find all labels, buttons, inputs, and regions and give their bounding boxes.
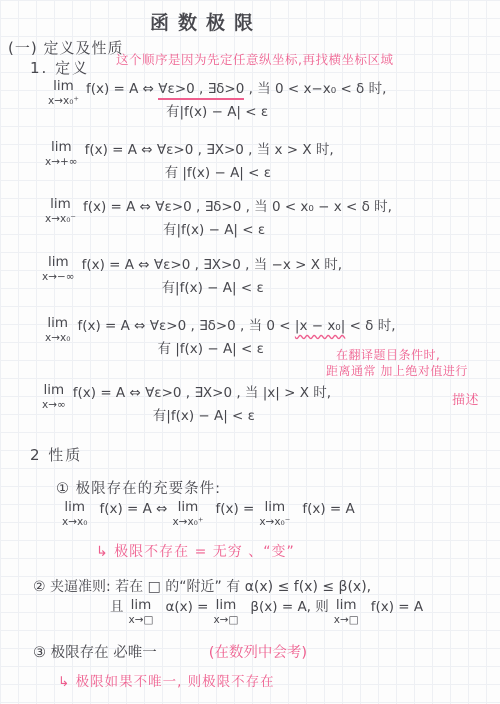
def-post: , 当 0 < x−x₀ < δ 时,: [244, 81, 386, 97]
lim-subscript: x→+∞: [45, 157, 78, 168]
definition-text: f(x) = A ⇔ ∀ε>0 , ∃X>0 , 当 |x| > X 时, 有|…: [73, 384, 331, 426]
lim-subscript: x→−∞: [42, 272, 75, 283]
lim-subscript: x→x₀⁺: [172, 517, 203, 528]
limit-notation: lim x→□: [334, 599, 359, 625]
property-2-equation: 且 lim x→□ α(x) = lim x→□ β(x) = A, 则 lim…: [110, 599, 423, 625]
lim-word: lim: [53, 80, 74, 94]
property-1-label: ① 极限存在的充要条件:: [56, 477, 221, 498]
eq-term-1: α(x) =: [165, 599, 208, 615]
lim-subscript: x→x₀⁻: [45, 214, 76, 225]
def-pre: f(x) = A ⇔ ∀ε>0 , ∃δ>0 , 当 0 <: [77, 318, 294, 334]
limit-notation: lim x→∞: [42, 384, 66, 410]
limit-notation: lim x→+∞: [45, 141, 78, 167]
lim-word: lim: [131, 599, 152, 613]
lim-word: lim: [50, 198, 71, 212]
definition-text: f(x) = A ⇔ ∀ε>0 , ∃δ>0 , 当 0 < x−x₀ < δ …: [86, 80, 386, 122]
wavy-underlined-distance: |x − x₀|: [295, 318, 345, 334]
lim-subscript: x→x₀: [62, 517, 87, 528]
property-3-aside: (在数列中会考): [209, 641, 307, 662]
subsection-definition-heading: 1. 定义: [30, 57, 89, 78]
limit-notation: lim x→□: [213, 599, 238, 625]
lim-subscript: x→∞: [42, 400, 66, 411]
property-3-label: ③ 极限存在 必唯一: [33, 641, 157, 662]
property-3-row: ③ 极限存在 必唯一 (在数列中会考): [33, 641, 307, 662]
lim-word: lim: [64, 501, 85, 515]
lim-word: lim: [336, 599, 357, 613]
definition-text: f(x) = A ⇔ ∀ε>0 , ∃X>0 , 当 x > X 时, 有 |f…: [85, 141, 334, 183]
eq-prefix: 且: [110, 599, 124, 615]
translate-note-line3: 描述: [452, 389, 479, 408]
lim-word: lim: [264, 501, 285, 515]
property-1-equation: lim x→x₀ f(x) = A ⇔ lim x→x₀⁺ f(x) = lim…: [62, 501, 355, 527]
lim-word: lim: [178, 501, 199, 515]
definition-line2: 有|f(x) − A| < ε: [163, 221, 392, 241]
lim-subscript: x→□: [334, 615, 359, 626]
lim-subscript: x→□: [213, 615, 238, 626]
lim-word: lim: [216, 599, 237, 613]
properties-heading: 2 性质: [30, 444, 82, 465]
property-2-line1: ② 夹逼准则: 若在 □ 的“附近” 有 α(x) ≤ f(x) ≤ β(x),: [33, 576, 371, 596]
def-post: < δ 时,: [345, 318, 395, 334]
definition-line2: 有|f(x) − A| < ε: [153, 407, 331, 427]
limit-notation: lim x→x₀⁺: [172, 501, 203, 527]
def-pre: f(x) = A ⇔: [86, 81, 158, 97]
definition-line1: f(x) = A ⇔ ∀ε>0 , ∃δ>0 , 当 0 < |x − x₀| …: [77, 317, 395, 337]
lim-word: lim: [44, 384, 65, 398]
definition-line2: 有 |f(x) − A| < ε: [165, 164, 334, 184]
limit-notation: lim x→x₀: [62, 501, 87, 527]
eq-term-1: f(x) = A ⇔: [99, 501, 167, 517]
limit-not-exist-note: ↳ 极限不存在 = 无穷 、“变”: [96, 541, 295, 561]
definition-plus-infinity: lim x→+∞ f(x) = A ⇔ ∀ε>0 , ∃X>0 , 当 x > …: [45, 141, 334, 183]
limit-notation: lim x→□: [129, 599, 154, 625]
definition-line1: f(x) = A ⇔ ∀ε>0 , ∃X>0 , 当 x > X 时,: [85, 141, 334, 161]
lim-word: lim: [48, 256, 69, 270]
lim-word: lim: [51, 141, 72, 155]
page-title: 函数极限: [150, 8, 262, 35]
limit-notation: lim x→x₀⁻: [45, 198, 76, 224]
definition-line1: f(x) = A ⇔ ∀ε>0 , ∃X>0 , 当 −x > X 时,: [82, 256, 342, 276]
eq-term-2: β(x) = A, 则: [250, 599, 328, 615]
limit-notation: lim x→x₀: [45, 317, 70, 343]
definition-left-limit: lim x→x₀⁻ f(x) = A ⇔ ∀ε>0 , ∃δ>0 , 当 0 <…: [45, 198, 392, 240]
eq-term-2: f(x) =: [215, 501, 254, 517]
definition-line1: f(x) = A ⇔ ∀ε>0 , ∃δ>0 , 当 0 < x−x₀ < δ …: [86, 80, 386, 100]
translate-note-line1: 在翻译题目条件时,: [336, 346, 440, 363]
definition-right-limit: lim x→x₀⁺ f(x) = A ⇔ ∀ε>0 , ∃δ>0 , 当 0 <…: [48, 80, 386, 122]
lim-subscript: x→x₀⁻: [259, 517, 290, 528]
limit-notation: lim x→x₀⁻: [259, 501, 290, 527]
eq-term-3: f(x) = A: [302, 501, 354, 517]
handwritten-notes-page: { "palette": { "ink": "#47474d", "pink":…: [0, 0, 500, 704]
order-annotation: 这个顺序是因为先定任意纵坐标,再找横坐标区域: [116, 50, 393, 68]
underlined-quantifiers: ∀ε>0 , ∃δ>0: [158, 81, 244, 100]
definition-line1: f(x) = A ⇔ ∀ε>0 , ∃X>0 , 当 |x| > X 时,: [73, 384, 331, 404]
lim-subscript: x→x₀: [45, 333, 70, 344]
translate-note-line2: 距离通常 加上绝对值进行: [326, 362, 468, 379]
uniqueness-note: ↳ 极限如果不唯一, 则极限不存在: [58, 670, 275, 690]
limit-notation: lim x→−∞: [42, 256, 75, 282]
definition-text: f(x) = A ⇔ ∀ε>0 , ∃X>0 , 当 −x > X 时, 有|f…: [82, 256, 342, 298]
lim-subscript: x→x₀⁺: [48, 96, 79, 107]
eq-term-3: f(x) = A: [371, 599, 423, 615]
lim-subscript: x→□: [129, 615, 154, 626]
definition-line1: f(x) = A ⇔ ∀ε>0 , ∃δ>0 , 当 0 < x₀ − x < …: [83, 198, 392, 218]
definition-minus-infinity: lim x→−∞ f(x) = A ⇔ ∀ε>0 , ∃X>0 , 当 −x >…: [42, 256, 342, 298]
definition-line2: 有|f(x) − A| < ε: [162, 279, 342, 299]
definition-infinity: lim x→∞ f(x) = A ⇔ ∀ε>0 , ∃X>0 , 当 |x| >…: [42, 384, 331, 426]
definition-line2: 有|f(x) − A| < ε: [166, 103, 386, 123]
section-heading: (一) 定义及性质: [8, 37, 123, 58]
lim-word: lim: [47, 317, 68, 331]
limit-notation: lim x→x₀⁺: [48, 80, 79, 106]
definition-text: f(x) = A ⇔ ∀ε>0 , ∃δ>0 , 当 0 < x₀ − x < …: [83, 198, 392, 240]
